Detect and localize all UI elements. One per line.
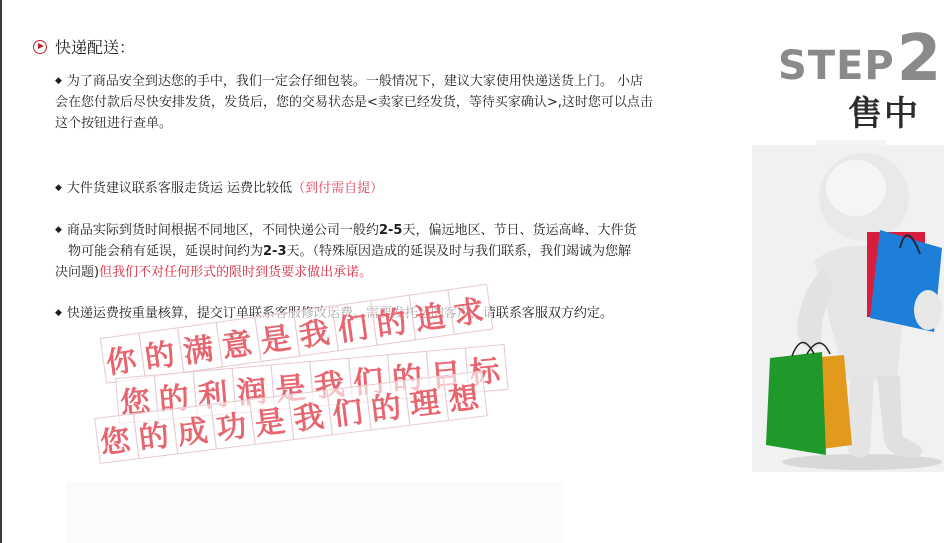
paragraph-text: 会在您付款后尽快安排发货，发货后，您的交易状态是<卖家已经发货，等待买家确认>,…: [55, 92, 735, 113]
section-heading: 快递配送：: [33, 35, 135, 58]
section-title: 快递配送：: [55, 35, 135, 58]
slogan-char: 您: [94, 413, 139, 464]
shopping-figure-illustration: [752, 140, 951, 480]
slogan-char: 想: [443, 371, 488, 422]
paragraph-text: 物可能会稍有延误，延误时间约为: [68, 244, 263, 259]
slogan-char: 功: [210, 399, 255, 450]
slogan-char: 我: [288, 390, 333, 441]
bullet-icon: ◆: [55, 225, 62, 235]
step-heading: STEP 2: [778, 30, 941, 88]
paragraph-text: 这个按钮进行查单。: [55, 113, 735, 134]
paragraph-text: 商品实际到货时间根据不同地区，不同快递公司一般约: [67, 223, 379, 238]
disclaimer-text: 但我们不对任何形式的限时到货要求做出承诺。: [99, 265, 372, 280]
slogan-char: 是: [249, 394, 294, 445]
arrow-right-circle-icon: [33, 40, 47, 54]
paragraph-large-goods: ◆大件货建议联系客服走货运 运费比较低（到付需自提）: [55, 178, 735, 199]
slogan-char: 成: [172, 404, 217, 455]
step-number: 2: [897, 30, 942, 88]
slogan-char: 的: [133, 409, 178, 460]
faded-footer-block: [66, 482, 564, 543]
slogan-char: 的: [365, 380, 410, 431]
paragraph-text: 天，偏远地区、节日、货运高峰、大件货: [402, 223, 636, 238]
highlight-note: （到付需自提）: [292, 181, 383, 196]
days-range: 2-5: [379, 223, 403, 238]
paragraph-packaging: ◆为了商品安全到达您的手中，我们一定会仔细包装。一般情况下，建议大家使用快递送货…: [55, 71, 735, 134]
bullet-icon: ◆: [55, 308, 62, 318]
paragraph-text: 为了商品安全到达您的手中，我们一定会仔细包装。一般情况下，建议大家使用快递送货上…: [67, 74, 643, 89]
stage-label: 售中: [848, 86, 920, 135]
paragraph-delivery-time: ◆商品实际到货时间根据不同地区，不同快递公司一般约2-5天，偏远地区、节日、货运…: [55, 220, 735, 283]
slogan-char: 们: [326, 385, 371, 436]
left-border: [0, 0, 2, 543]
bullet-icon: ◆: [55, 183, 62, 193]
step-word: STEP: [778, 44, 895, 88]
paragraph-text: 决问题): [55, 265, 99, 280]
paragraph-text: 天。（特殊原因造成的延误及时与我们联系，我们竭诚为您解: [287, 244, 632, 259]
paragraph-text: 大件货建议联系客服走货运 运费比较低: [67, 181, 292, 196]
slogan-char: 求: [447, 284, 493, 335]
delay-range: 2-3: [263, 244, 287, 259]
slogan-banner: 你的满意是我们的追求 您的利润是我们的目标 您的成功是我们的理想: [95, 300, 565, 480]
slogan-char: 理: [404, 375, 449, 426]
bullet-icon: ◆: [55, 76, 62, 86]
